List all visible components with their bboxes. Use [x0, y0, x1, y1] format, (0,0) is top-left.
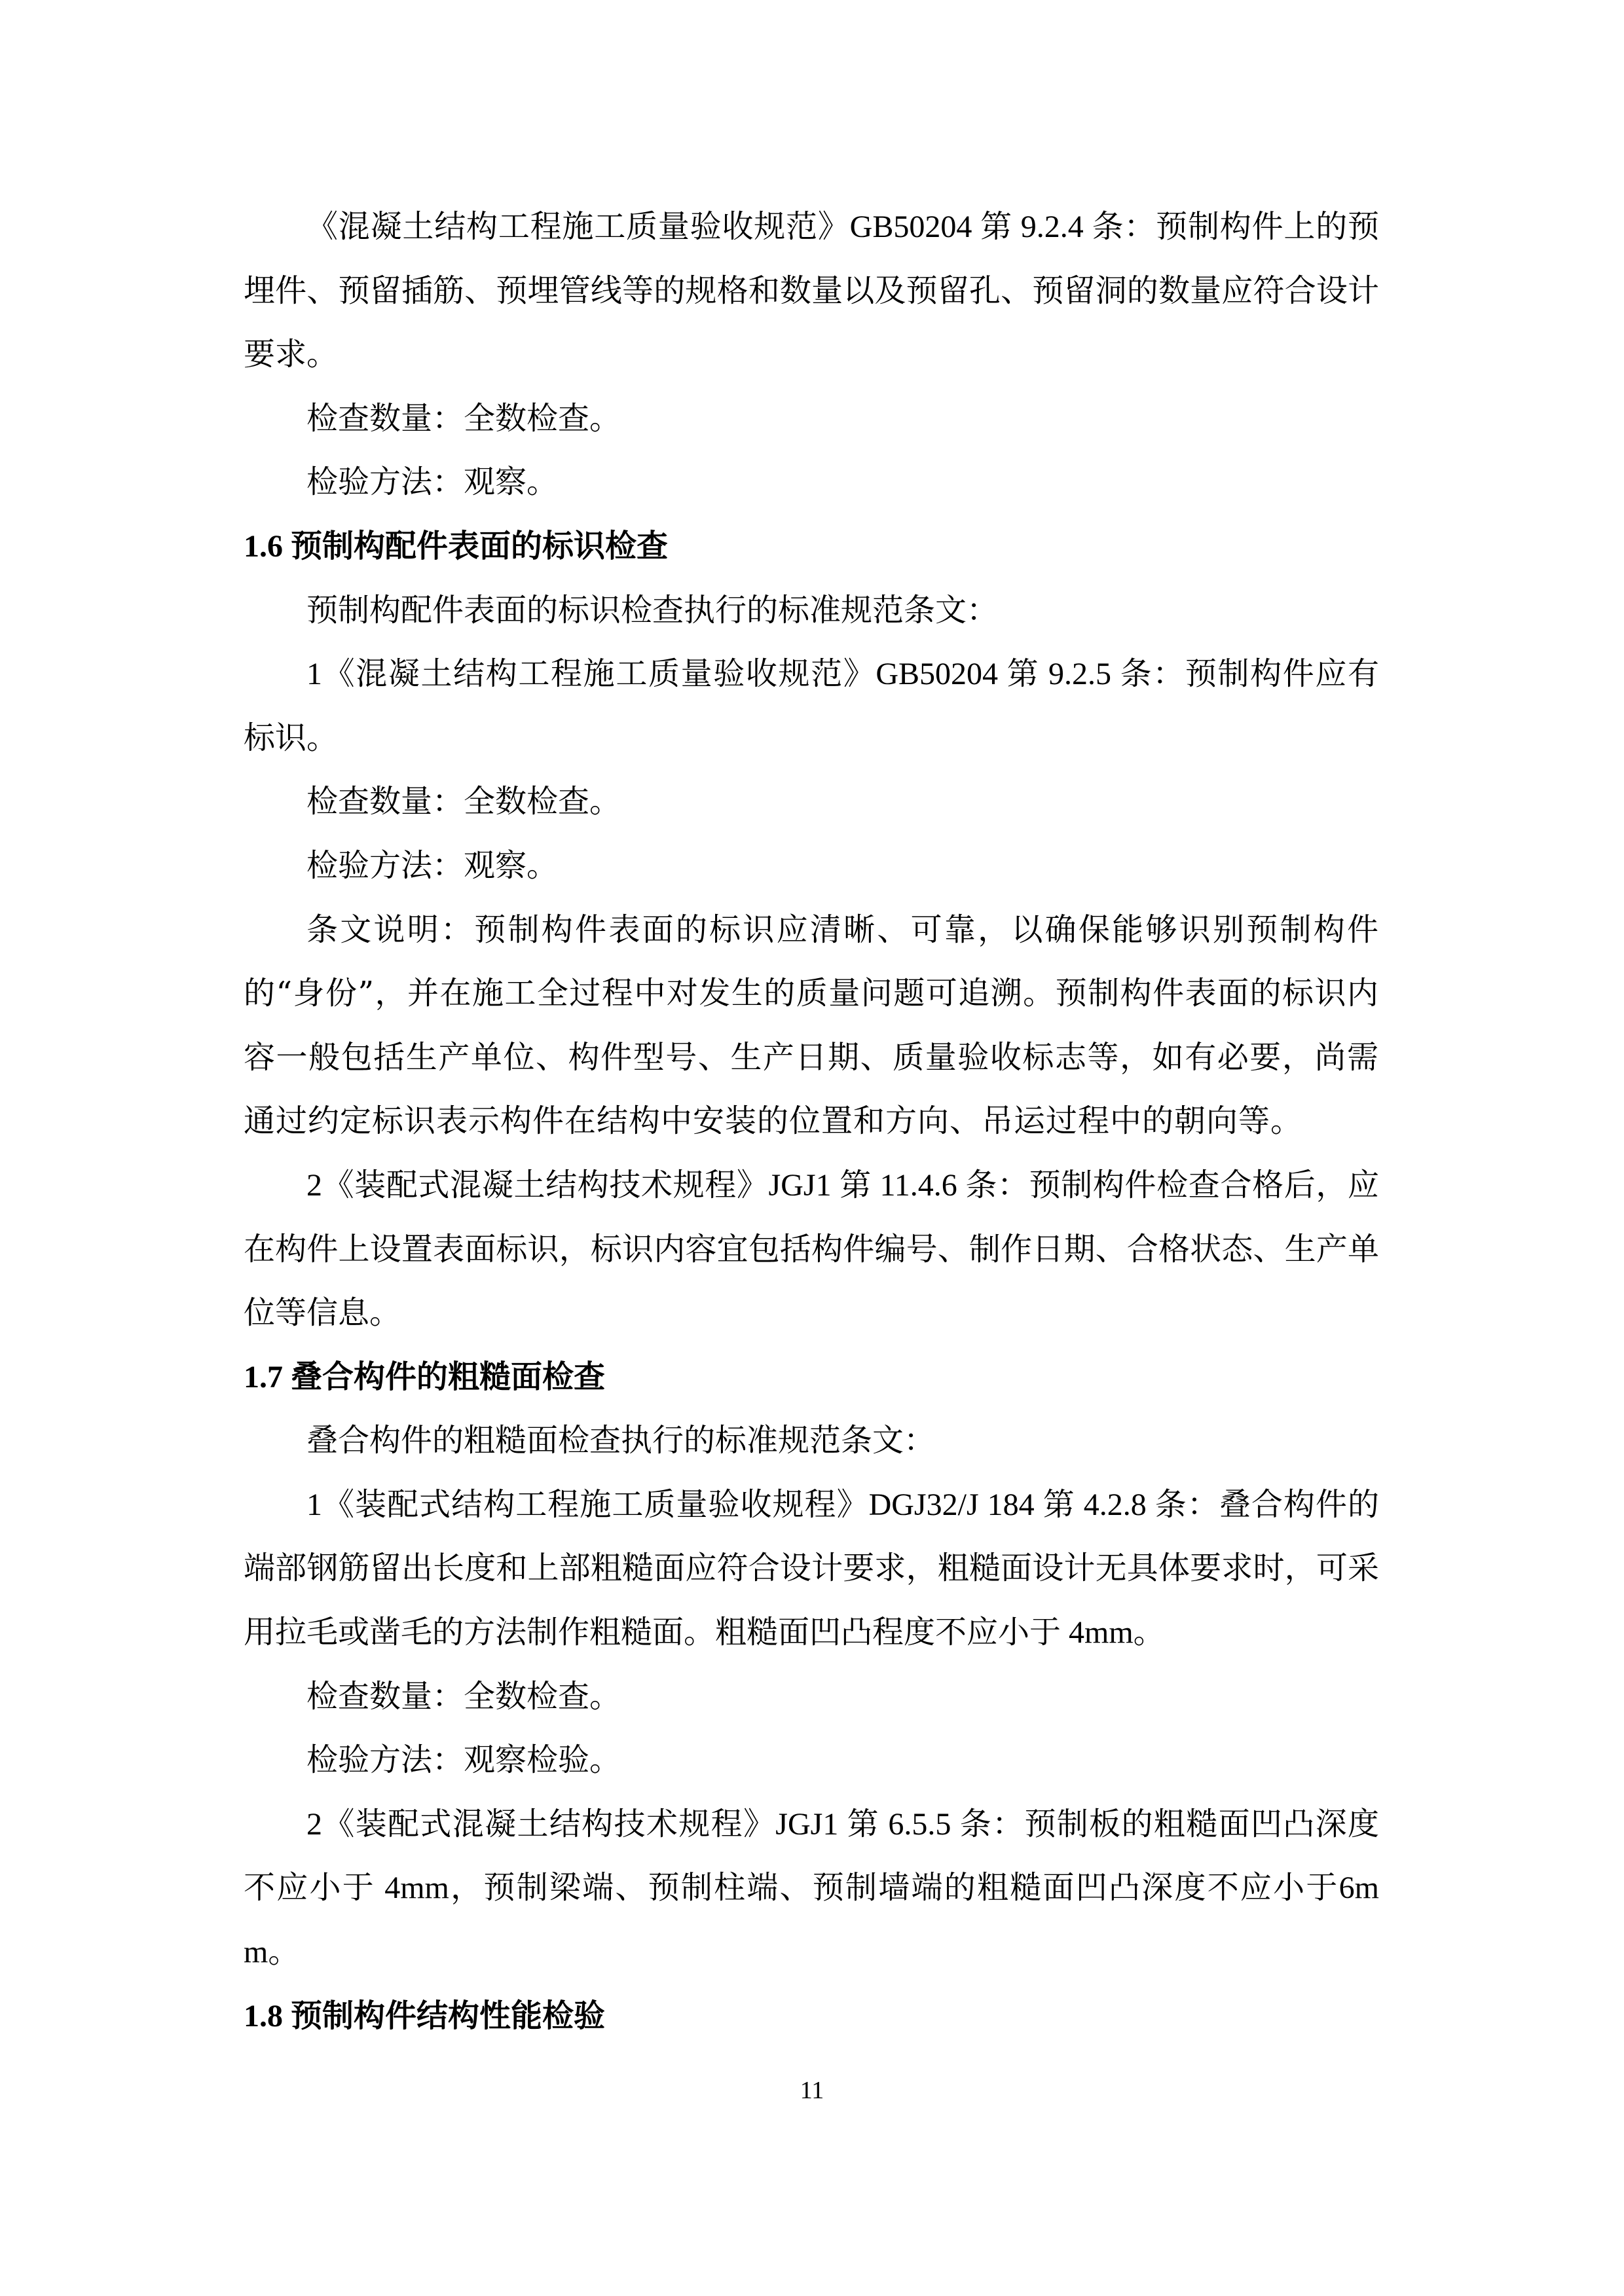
paragraph-standard-intro: 叠合构件的粗糙面检查执行的标准规范条文：: [244, 1409, 1379, 1473]
section-title: 预制构件结构性能检验: [291, 1999, 605, 2033]
paragraph-inspection-quantity: 检查数量：全数检查。: [244, 387, 1379, 451]
paragraph-inspection-method: 检验方法：观察。: [244, 450, 1379, 515]
paragraph-inspection-quantity: 检查数量：全数检查。: [244, 1665, 1379, 1729]
section-title: 预制构配件表面的标识检查: [291, 529, 668, 564]
paragraph-inspection-method: 检验方法：观察检验。: [244, 1728, 1379, 1793]
section-number: 1.7: [244, 1360, 283, 1394]
paragraph-standard-intro: 预制构配件表面的标识检查执行的标准规范条文：: [244, 579, 1379, 643]
paragraph-jgj1-6-5-5: 2《装配式混凝土结构技术规程》JGJ1 第 6.5.5 条：预制板的粗糙面凹凸深…: [244, 1793, 1379, 1984]
section-title: 叠合构件的粗糙面检查: [291, 1360, 605, 1394]
paragraph-inspection-quantity: 检查数量：全数检查。: [244, 770, 1379, 834]
paragraph-gb50204-9-2-4: 《混凝土结构工程施工质量验收规范》GB50204 第 9.2.4 条：预制构件上…: [244, 195, 1379, 387]
section-heading-1-7: 1.7 叠合构件的粗糙面检查: [244, 1345, 1379, 1410]
page-number: 11: [0, 2075, 1624, 2105]
section-number: 1.8: [244, 1999, 283, 2033]
paragraph-dgj32-4-2-8: 1《装配式结构工程施工质量验收规程》DGJ32/J 184 第 4.2.8 条：…: [244, 1473, 1379, 1665]
paragraph-gb50204-9-2-5: 1《混凝土结构工程施工质量验收规范》GB50204 第 9.2.5 条：预制构件…: [244, 642, 1379, 770]
section-heading-1-8: 1.8 预制构件结构性能检验: [244, 1984, 1379, 2049]
section-number: 1.6: [244, 529, 283, 564]
paragraph-jgj1-11-4-6: 2《装配式混凝土结构技术规程》JGJ1 第 11.4.6 条：预制构件检查合格后…: [244, 1154, 1379, 1345]
document-page: 《混凝土结构工程施工质量验收规范》GB50204 第 9.2.4 条：预制构件上…: [244, 195, 1379, 2048]
section-heading-1-6: 1.6 预制构配件表面的标识检查: [244, 515, 1379, 579]
paragraph-inspection-method: 检验方法：观察。: [244, 834, 1379, 898]
paragraph-clause-explanation: 条文说明：预制构件表面的标识应清晰、可靠，以确保能够识别预制构件的“身份”，并在…: [244, 898, 1379, 1154]
